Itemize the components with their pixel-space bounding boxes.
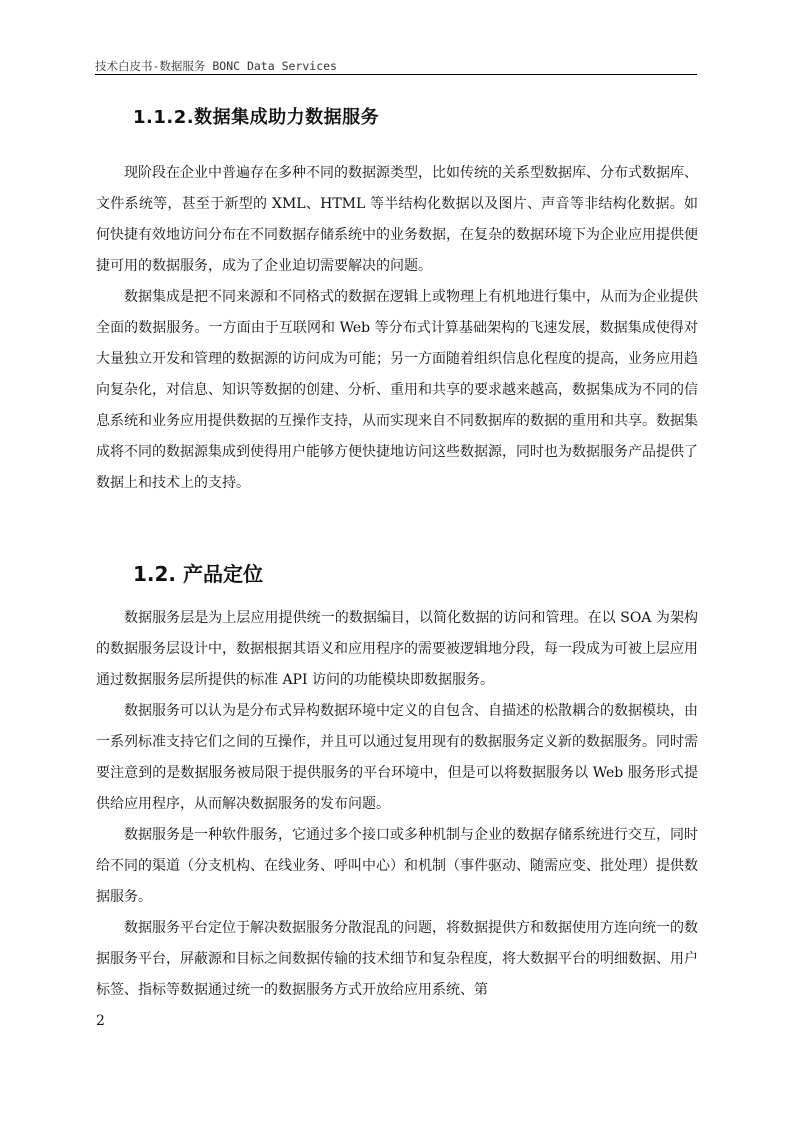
paragraph: 数据服务是一种软件服务，它通过多个接口或多种机制与企业的数据存储系统进行交互，同… — [96, 820, 698, 913]
section-heading-1-2: 1.2. 产品定位 — [133, 558, 263, 587]
page-header: 技术白皮书-数据服务 BONC Data Services — [95, 56, 697, 75]
paragraph: 数据服务层是为上层应用提供统一的数据编目，以简化数据的访问和管理。在以 SOA … — [96, 603, 698, 696]
paragraph: 现阶段在企业中普遍存在多种不同的数据源类型，比如传统的关系型数据库、分布式数据库… — [96, 158, 698, 282]
paragraph: 数据服务平台定位于解决数据服务分散混乱的问题，将数据提供方和数据使用方连向统一的… — [96, 913, 698, 1006]
page-number: 2 — [96, 1013, 105, 1029]
section-heading-1-1-2: 1.1.2.数据集成助力数据服务 — [133, 103, 379, 129]
paragraph: 数据服务可以认为是分布式异构数据环境中定义的自包含、自描述的松散耦合的数据模块，… — [96, 696, 698, 820]
paragraph: 数据集成是把不同来源和不同格式的数据在逻辑上或物理上有机地进行集中，从而为企业提… — [96, 282, 698, 499]
header-title: 技术白皮书-数据服务 BONC Data Services — [95, 58, 337, 74]
